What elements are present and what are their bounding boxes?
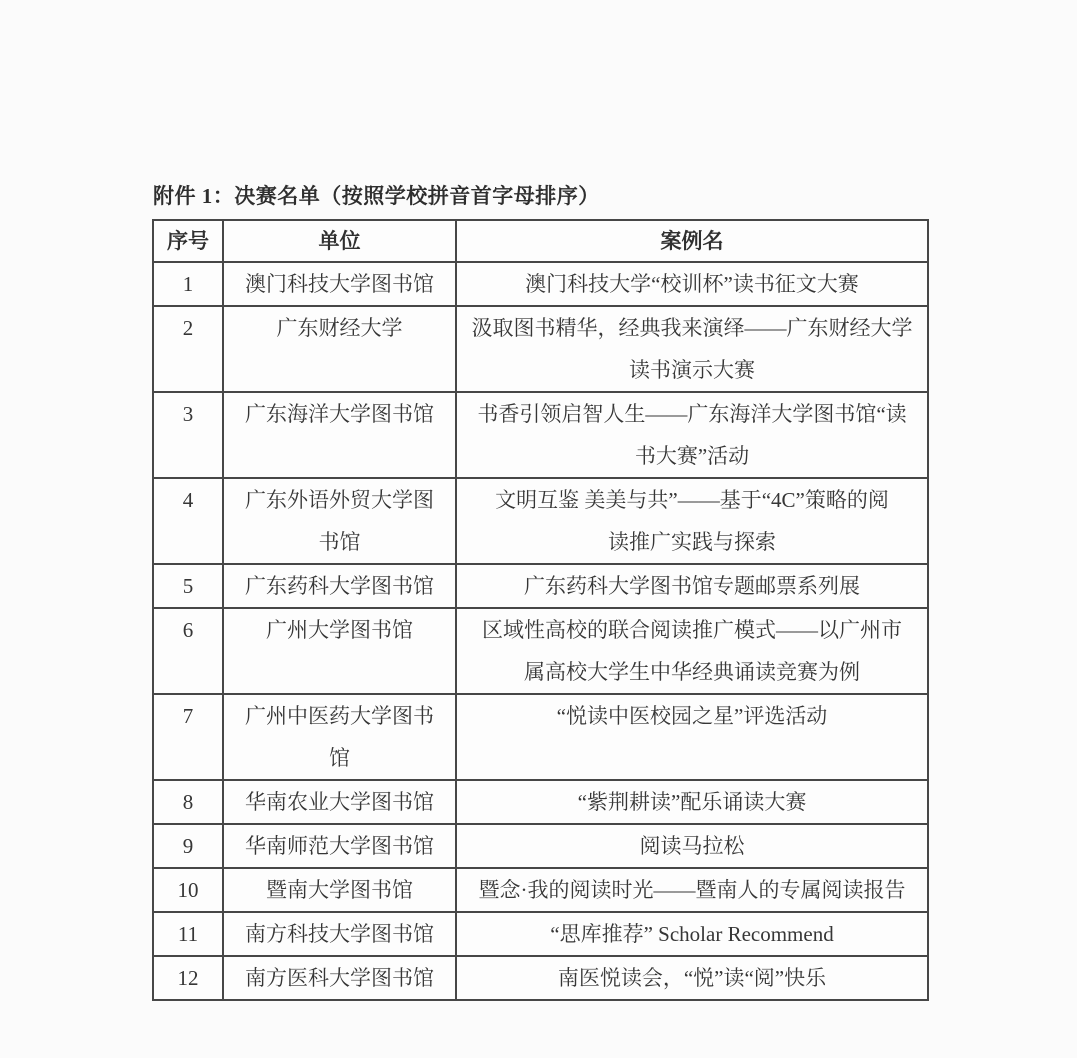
cell-case: 书香引领启智人生——广东海洋大学图书馆“读 书大赛”活动: [456, 392, 928, 478]
cell-no: 7: [153, 694, 223, 780]
cell-case: 文明互鉴 美美与共”——基于“4C”策略的阅 读推广实践与探索: [456, 478, 928, 564]
cell-case: 澳门科技大学“校训杯”读书征文大赛: [456, 262, 928, 306]
document-sheet: 附件 1：决赛名单（按照学校拼音首字母排序） 序号 单位 案例名 1澳门科技大学…: [152, 180, 952, 1001]
table-row: 12南方医科大学图书馆南医悦读会，“悦”读“阅”快乐: [153, 956, 928, 1000]
finalist-table: 序号 单位 案例名 1澳门科技大学图书馆澳门科技大学“校训杯”读书征文大赛2广东…: [152, 219, 929, 1001]
cell-no: 12: [153, 956, 223, 1000]
cell-no: 2: [153, 306, 223, 392]
cell-case: 阅读马拉松: [456, 824, 928, 868]
cell-no: 9: [153, 824, 223, 868]
cell-case: 汲取图书精华，经典我来演绎——广东财经大学 读书演示大赛: [456, 306, 928, 392]
cell-no: 1: [153, 262, 223, 306]
cell-case: 广东药科大学图书馆专题邮票系列展: [456, 564, 928, 608]
header-cell-unit: 单位: [223, 220, 456, 262]
table-row: 11南方科技大学图书馆“思库推荐” Scholar Recommend: [153, 912, 928, 956]
cell-no: 8: [153, 780, 223, 824]
cell-no: 11: [153, 912, 223, 956]
cell-unit: 华南师范大学图书馆: [223, 824, 456, 868]
cell-unit: 暨南大学图书馆: [223, 868, 456, 912]
cell-unit: 广州大学图书馆: [223, 608, 456, 694]
table-row: 8华南农业大学图书馆“紫荆耕读”配乐诵读大赛: [153, 780, 928, 824]
cell-unit: 华南农业大学图书馆: [223, 780, 456, 824]
table-row: 4广东外语外贸大学图 书馆文明互鉴 美美与共”——基于“4C”策略的阅 读推广实…: [153, 478, 928, 564]
cell-no: 6: [153, 608, 223, 694]
cell-unit: 广东药科大学图书馆: [223, 564, 456, 608]
table-header-row: 序号 单位 案例名: [153, 220, 928, 262]
table-row: 7广州中医药大学图书 馆“悦读中医校园之星”评选活动: [153, 694, 928, 780]
cell-case: “悦读中医校园之星”评选活动: [456, 694, 928, 780]
table-row: 10暨南大学图书馆暨念·我的阅读时光——暨南人的专属阅读报告: [153, 868, 928, 912]
table-row: 5广东药科大学图书馆广东药科大学图书馆专题邮票系列展: [153, 564, 928, 608]
cell-case: “思库推荐” Scholar Recommend: [456, 912, 928, 956]
cell-case: 南医悦读会，“悦”读“阅”快乐: [456, 956, 928, 1000]
cell-case: 暨念·我的阅读时光——暨南人的专属阅读报告: [456, 868, 928, 912]
table-row: 9华南师范大学图书馆阅读马拉松: [153, 824, 928, 868]
cell-case: 区域性高校的联合阅读推广模式——以广州市 属高校大学生中华经典诵读竞赛为例: [456, 608, 928, 694]
table-row: 3广东海洋大学图书馆书香引领启智人生——广东海洋大学图书馆“读 书大赛”活动: [153, 392, 928, 478]
cell-no: 10: [153, 868, 223, 912]
cell-no: 4: [153, 478, 223, 564]
cell-unit: 南方医科大学图书馆: [223, 956, 456, 1000]
page-title: 附件 1：决赛名单（按照学校拼音首字母排序）: [153, 180, 952, 210]
header-cell-no: 序号: [153, 220, 223, 262]
cell-case: “紫荆耕读”配乐诵读大赛: [456, 780, 928, 824]
header-cell-case: 案例名: [456, 220, 928, 262]
cell-unit: 广东外语外贸大学图 书馆: [223, 478, 456, 564]
cell-unit: 澳门科技大学图书馆: [223, 262, 456, 306]
cell-unit: 南方科技大学图书馆: [223, 912, 456, 956]
cell-unit: 广东财经大学: [223, 306, 456, 392]
table-row: 2广东财经大学汲取图书精华，经典我来演绎——广东财经大学 读书演示大赛: [153, 306, 928, 392]
table-body: 1澳门科技大学图书馆澳门科技大学“校训杯”读书征文大赛2广东财经大学汲取图书精华…: [153, 262, 928, 1000]
cell-no: 5: [153, 564, 223, 608]
cell-no: 3: [153, 392, 223, 478]
cell-unit: 广东海洋大学图书馆: [223, 392, 456, 478]
table-row: 6广州大学图书馆区域性高校的联合阅读推广模式——以广州市 属高校大学生中华经典诵…: [153, 608, 928, 694]
table-row: 1澳门科技大学图书馆澳门科技大学“校训杯”读书征文大赛: [153, 262, 928, 306]
cell-unit: 广州中医药大学图书 馆: [223, 694, 456, 780]
